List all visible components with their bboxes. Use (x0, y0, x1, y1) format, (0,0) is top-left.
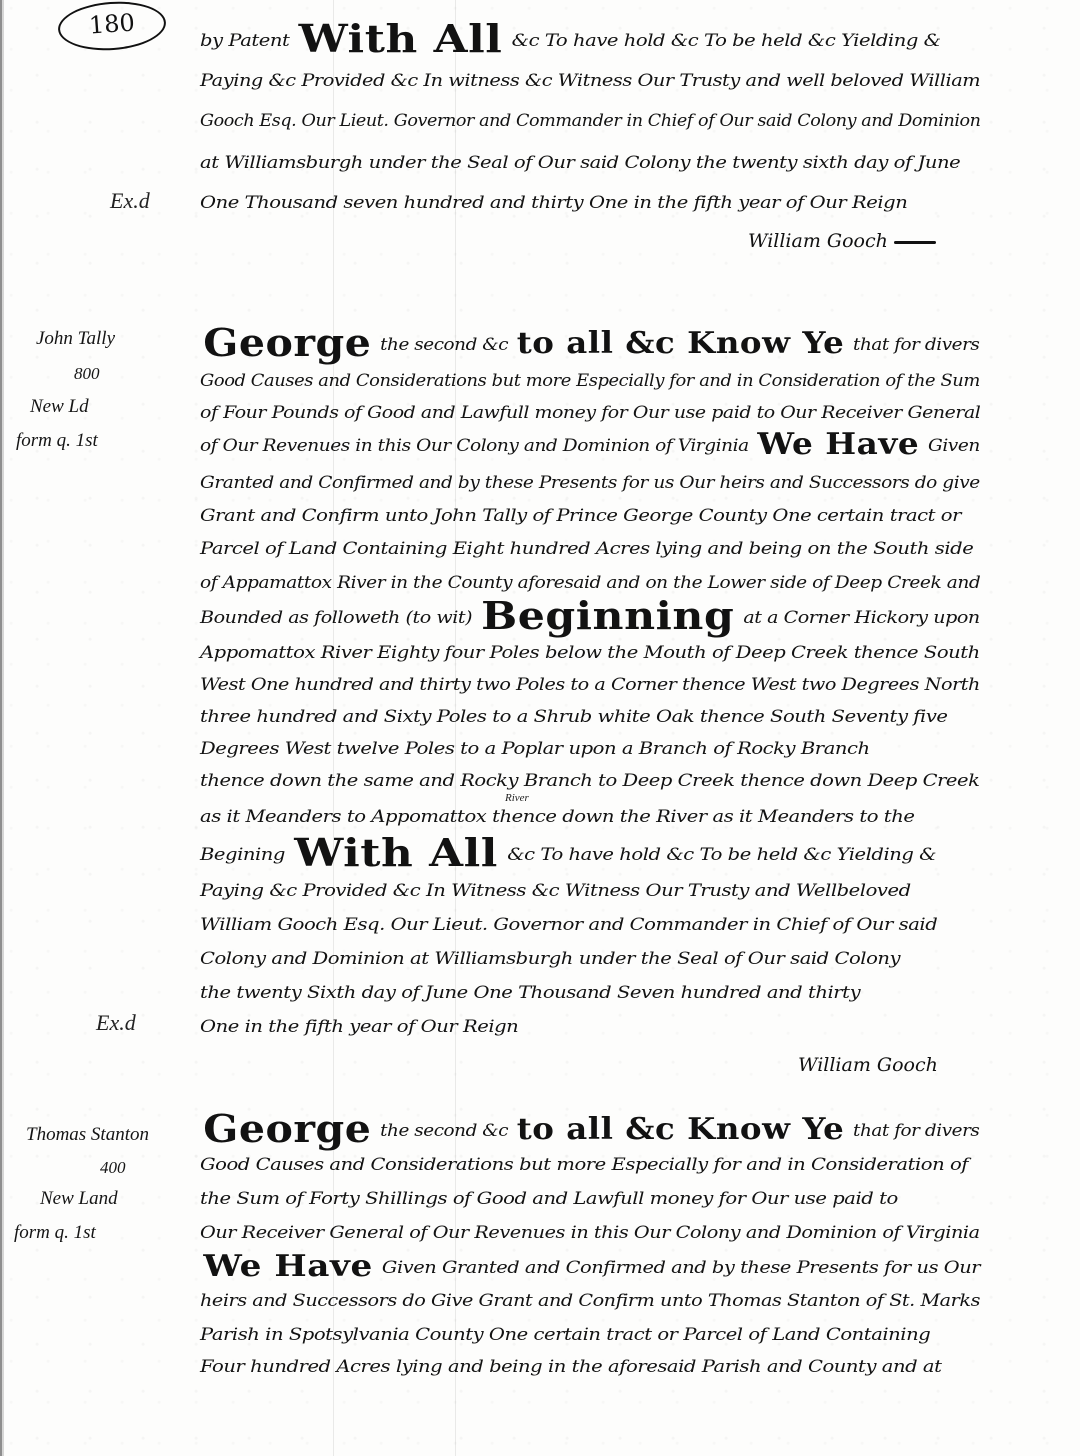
line-text: Begining (200, 845, 285, 865)
document-page: 180 by Patent With All &c To have hold &… (0, 0, 1080, 1456)
signature: William Gooch (798, 1054, 938, 1076)
display-heading: to all &c Know Ye (517, 1112, 845, 1147)
text-line: Good Causes and Considerations but more … (200, 1152, 968, 1178)
line-text: Grant and Confirm unto John Tally of Pri… (200, 506, 961, 526)
line-text: of Our Revenues in this Our Colony and D… (200, 436, 749, 456)
line-text: Our Receiver General of Our Revenues in … (200, 1223, 980, 1243)
text-line: Good Causes and Considerations but more … (200, 368, 980, 394)
text-line: George the second &c to all &c Know Ye t… (200, 330, 979, 358)
text-line: One Thousand seven hundred and thirty On… (200, 190, 907, 216)
margin-form-reference: form q. 1st (14, 1222, 96, 1244)
display-heading: We Have (203, 1249, 372, 1284)
signature: William Gooch (748, 230, 936, 252)
line-text: Granted and Confirmed and by these Prese… (200, 473, 980, 493)
margin-land-type: New Ld (30, 396, 89, 418)
line-text: Paying &c Provided &c In Witness &c Witn… (200, 881, 911, 901)
line-text: by Patent (200, 31, 289, 51)
margin-acreage: 800 (74, 364, 100, 384)
line-text: the twenty Sixth day of June One Thousan… (200, 983, 860, 1003)
line-text: Parcel of Land Containing Eight hundred … (200, 539, 973, 559)
signature-text: William Gooch (748, 230, 888, 252)
text-line: Grant and Confirm unto John Tally of Pri… (200, 503, 961, 529)
display-heading: With All (294, 830, 498, 875)
text-line: Parish in Spotsylvania County One certai… (200, 1322, 930, 1348)
line-text: Paying &c Provided &c In witness &c Witn… (200, 71, 980, 91)
line-text: Given Granted and Confirmed and by these… (382, 1258, 980, 1278)
line-text: One Thousand seven hundred and thirty On… (200, 193, 907, 213)
line-text: at Williamsburgh under the Seal of Our s… (200, 153, 960, 173)
line-text: at a Corner Hickory upon (743, 608, 979, 628)
page-number: 180 (56, 0, 167, 54)
line-text: Four hundred Acres lying and being in th… (200, 1357, 942, 1377)
margin-grantee-name: Thomas Stanton (26, 1124, 149, 1146)
text-line: of Four Pounds of Good and Lawfull money… (200, 400, 980, 426)
line-text: three hundred and Sixty Poles to a Shrub… (200, 707, 948, 727)
text-line: the twenty Sixth day of June One Thousan… (200, 980, 860, 1006)
margin-acreage: 400 (100, 1158, 126, 1178)
text-line: thence down the same and Rocky Branch to… (200, 768, 979, 794)
text-line: West One hundred and thirty two Poles to… (200, 672, 980, 698)
display-heading: With All (299, 16, 503, 61)
text-line: Appomattox River Eighty four Poles below… (200, 640, 980, 666)
text-line: One in the fifth year of Our Reign (200, 1014, 518, 1040)
interlinear-insertion: River (505, 792, 529, 804)
margin-grantee-name: John Tally (36, 328, 115, 350)
examined-mark: Ex.d (110, 188, 150, 214)
text-line: Colony and Dominion at Williamsburgh und… (200, 946, 900, 972)
line-text: the second &c (380, 1121, 508, 1141)
text-line: Four hundred Acres lying and being in th… (200, 1354, 942, 1380)
margin-land-type: New Land (40, 1188, 118, 1210)
text-line: three hundred and Sixty Poles to a Shrub… (200, 704, 948, 730)
line-text: Good Causes and Considerations but more … (200, 371, 980, 391)
text-line: Paying &c Provided &c In Witness &c Witn… (200, 878, 911, 904)
text-line: Parcel of Land Containing Eight hundred … (200, 536, 973, 562)
text-line: We Have Given Granted and Confirmed and … (200, 1254, 980, 1281)
text-line: Degrees West twelve Poles to a Poplar up… (200, 736, 870, 762)
text-line: heirs and Successors do Give Grant and C… (200, 1288, 980, 1314)
line-text: that for divers (853, 1121, 979, 1141)
line-text: Good Causes and Considerations but more … (200, 1155, 968, 1175)
line-text: William Gooch Esq. Our Lieut. Governor a… (200, 915, 937, 935)
text-line: as it Meanders to Appomattox thence down… (200, 804, 914, 830)
line-text: of Appamattox River in the County afores… (200, 573, 980, 593)
display-heading: to all &c Know Ye (517, 326, 845, 361)
text-line: the Sum of Forty Shillings of Good and L… (200, 1186, 898, 1212)
text-line: of Our Revenues in this Our Colony and D… (200, 432, 980, 459)
line-text: Given (928, 436, 980, 456)
line-text: Appomattox River Eighty four Poles below… (200, 643, 980, 663)
text-line: Our Receiver General of Our Revenues in … (200, 1220, 980, 1246)
text-line: at Williamsburgh under the Seal of Our s… (200, 150, 960, 176)
line-text: West One hundred and thirty two Poles to… (200, 675, 980, 695)
text-line: William Gooch Esq. Our Lieut. Governor a… (200, 912, 937, 938)
line-text: Degrees West twelve Poles to a Poplar up… (200, 739, 870, 759)
examined-mark: Ex.d (96, 1010, 136, 1036)
line-text: Gooch Esq. Our Lieut. Governor and Comma… (200, 111, 981, 131)
line-text: heirs and Successors do Give Grant and C… (200, 1291, 980, 1311)
display-heading: Beginning (481, 593, 734, 638)
display-heading: We Have (757, 427, 919, 462)
text-line: Bounded as followeth (to wit) Beginning … (200, 603, 980, 631)
text-line: Paying &c Provided &c In witness &c Witn… (200, 68, 980, 94)
line-text: Parish in Spotsylvania County One certai… (200, 1325, 930, 1345)
line-text: &c To have hold &c To be held &c Yieldin… (507, 845, 936, 865)
text-line: Begining With All &c To have hold &c To … (200, 840, 936, 868)
line-text: as it Meanders to Appomattox thence down… (200, 807, 914, 827)
signature-flourish (894, 241, 936, 244)
text-line: George the second &c to all &c Know Ye t… (200, 1116, 979, 1144)
line-text: that for divers (853, 335, 979, 355)
margin-form-reference: form q. 1st (16, 430, 98, 452)
text-line: Granted and Confirmed and by these Prese… (200, 470, 980, 496)
line-text: the Sum of Forty Shillings of Good and L… (200, 1189, 898, 1209)
line-text: Bounded as followeth (to wit) (200, 608, 472, 628)
line-text: thence down the same and Rocky Branch to… (200, 771, 979, 791)
line-text: One in the fifth year of Our Reign (200, 1017, 518, 1037)
display-heading: George (203, 320, 371, 365)
line-text: the second &c (380, 335, 508, 355)
text-line: by Patent With All &c To have hold &c To… (200, 26, 941, 54)
page-binding-edge (0, 0, 4, 1456)
line-text: &c To have hold &c To be held &c Yieldin… (512, 31, 941, 51)
line-text: of Four Pounds of Good and Lawfull money… (200, 403, 980, 423)
display-heading: George (203, 1106, 371, 1151)
line-text: Colony and Dominion at Williamsburgh und… (200, 949, 900, 969)
text-line: Gooch Esq. Our Lieut. Governor and Comma… (200, 108, 981, 134)
